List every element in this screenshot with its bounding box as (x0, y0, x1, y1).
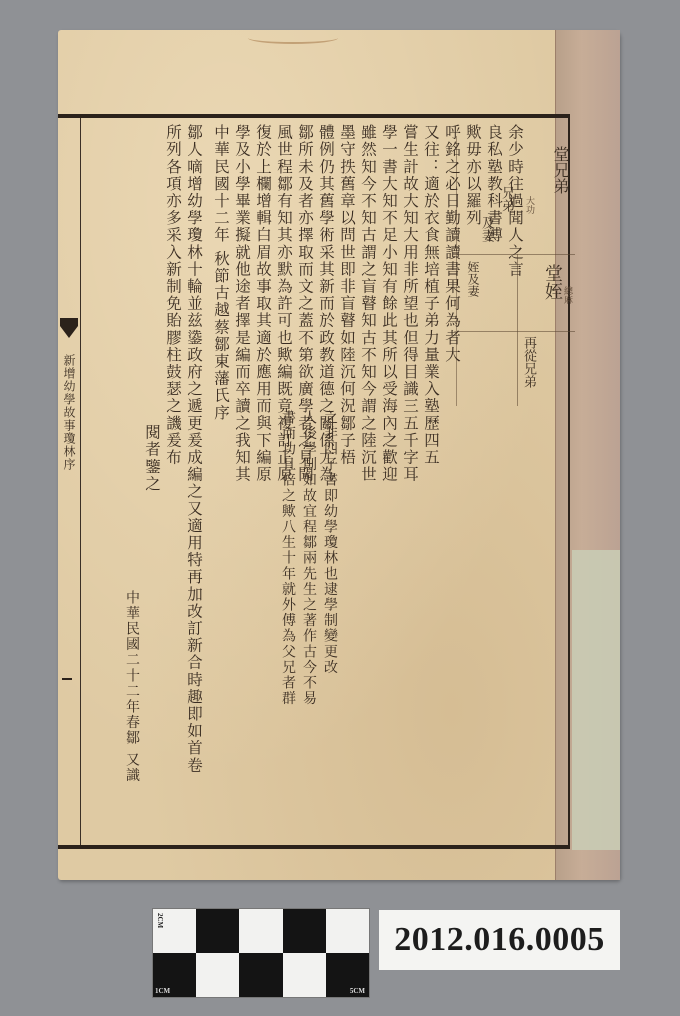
text-column: 墨守抶舊章以問世即非盲瞽如陸沉何況鄒子梧 (337, 124, 356, 764)
date-signature: 中華民國二十二年春鄒 又識 (122, 590, 141, 783)
spine-repair-patch (572, 550, 620, 850)
text-column: 學及小學畢業擬就他途者擇是編而卒讀之我知其 (232, 124, 251, 764)
preface-text-lower: 之非四子書即幼學瓊林也逮學制變更改 人後學則如故宜程鄒兩先生之著作古今不易 書而… (278, 410, 339, 730)
text-column: 余少時往過聞人之言 (505, 124, 524, 384)
fold-column: 新增幼學故事瓊林序 (58, 118, 80, 845)
genealogy-cell: 總麻 (561, 286, 574, 304)
scale-label-2cm: 2CM (156, 913, 164, 928)
text-column: 又往：適於衣食無培植子弟力量業入塾歷四五 (421, 124, 440, 764)
text-column: 中華民國十二年 秋節古越蔡鄒東藩氏序 (211, 124, 230, 764)
fold-column-title: 新增幼學故事瓊林序 (61, 354, 78, 471)
text-column: 學一書大知不足小知有餘此其所以受海內之歡迎 (379, 124, 398, 764)
text-column: 嘗生計故大知大用非所望也但得目識三五千字耳 (400, 124, 419, 764)
text-column: 良私塾教科書溥 (484, 124, 503, 324)
book-page: 新增幼學故事瓊林序 堂兄弟 大功 兄弟 及妻 堂姪 再從兄弟 姪及妻 總麻 余少… (58, 30, 620, 880)
genealogy-cell: 堂兄弟 (549, 146, 572, 194)
text-column: 復於上欄增輯白眉故事取其適於應用而與下編原 (253, 124, 272, 764)
text-column: 書而功且倍之歟八生十年就外傅為父兄者群 (278, 410, 297, 730)
text-column: 雖然知今不知古謂之盲瞽知古不知今謂之陸沉世 (358, 124, 377, 764)
text-column: 鄒人嘀增幼學瓊林十輪並兹鍌政府之遞更爰成編之又適用特再加改訂新合時趣即如首卷 (184, 124, 203, 764)
text-column: 之非四子書即幼學瓊林也逮學制變更改 (320, 410, 339, 730)
accession-number-label: 2012.016.0005 (379, 910, 620, 970)
text-column: 人後學則如故宜程鄒兩先生之著作古今不易 (299, 410, 318, 730)
genealogy-cell: 大功 (523, 196, 536, 214)
scale-bar: 2CM 1CM 5CM (152, 908, 370, 998)
text-column: 閱者鑒之 (142, 124, 161, 764)
scale-label-5cm: 5CM (350, 987, 365, 995)
text-column: 歟毋亦以羅列 (463, 124, 482, 324)
text-column: 呼銘之必日勤讀讀書果何為者大 (442, 124, 461, 764)
text-column: 所列各項亦多采入新制免貽膠柱鼓瑟之譏爰布 (163, 124, 182, 764)
fish-tail-mark (60, 318, 78, 338)
page-mark (62, 678, 72, 680)
scale-label-1cm: 1CM (155, 987, 170, 995)
water-stain (248, 32, 338, 44)
